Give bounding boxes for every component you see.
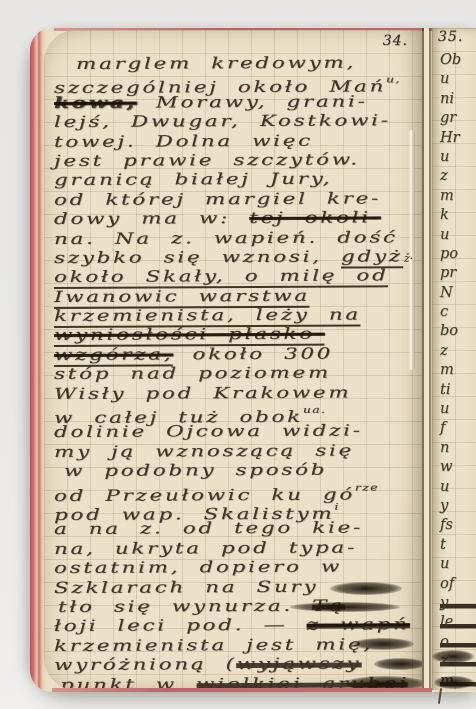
page-crease — [408, 130, 415, 370]
handwritten-text: Wisły pod Krakowem — [54, 383, 352, 404]
handwritten-fragment: Hr — [440, 130, 476, 149]
handwritten-line: w całej tuż obokua. — [54, 403, 422, 422]
binding-gutter — [422, 28, 432, 692]
ink-blot — [352, 638, 414, 650]
handwritten-text: u, — [386, 76, 401, 87]
handwritten-line: łoji leci pod. — z wapń — [54, 616, 422, 635]
handwritten-text: towej. Dolna więc — [54, 131, 313, 151]
handwritten-fragment: Ob — [440, 52, 476, 71]
handwritten-text: i — [334, 503, 339, 514]
handwritten-text: dolinie Ojcowa widzi- — [54, 422, 363, 443]
handwritten-text: z wapń — [307, 616, 410, 636]
handwritten-line: kowa, Morawy, grani- — [54, 93, 422, 112]
ink-blot — [290, 602, 400, 612]
ink-blot — [330, 582, 402, 595]
bottom-page-edge — [52, 688, 432, 692]
handwritten-line: towej. Dolna więc — [54, 132, 422, 151]
handwritten-fragment: k — [440, 207, 476, 226]
handwritten-fragment: ni — [440, 91, 476, 110]
handwritten-line: granicą białej Jury, — [54, 170, 422, 189]
handwritten-line: jest prawie szczytów. — [54, 151, 422, 170]
handwritten-text: wyróżnioną ( — [54, 655, 237, 675]
handwritten-text: ua. — [303, 406, 327, 417]
handwritten-fragment: le — [440, 614, 476, 633]
handwritten-text: granicą białej Jury, — [54, 170, 332, 190]
page-34: 34. marglem kredowym,szczególniej około … — [44, 30, 422, 690]
handwritten-line: wyniosłości płasko- — [54, 325, 422, 344]
handwritten-text: dowy ma w: — [54, 209, 249, 229]
handwritten-text: gdyż — [341, 247, 403, 268]
handwritten-text: w podobny sposób — [64, 461, 327, 481]
margin-note: ž· — [404, 252, 413, 265]
handwritten-text: stóp nad poziomem — [54, 364, 331, 384]
handwritten-fragment: u — [440, 149, 476, 168]
handwritten-text: od której margiel kre- — [54, 189, 381, 210]
handwritten-line: wyróżnioną (wyjąwszy — [54, 655, 422, 674]
handwritten-fragment: u — [440, 556, 476, 575]
handwritten-fragment: m — [440, 188, 476, 207]
handwritten-fragment: of — [440, 576, 476, 595]
handwritten-fragment: w — [440, 459, 476, 478]
handwritten-fragment: u — [440, 71, 476, 90]
photo-backdrop: 34. marglem kredowym,szczególniej około … — [0, 0, 476, 709]
handwritten-text: szybko się wznosi, — [54, 247, 341, 267]
handwritten-fragment: u — [440, 479, 476, 498]
handwritten-fragment: po — [440, 246, 476, 265]
handwritten-line: na, ukryta pod typa- — [54, 539, 422, 558]
handwritten-line: lejś, Dwugar, Kostkowi- — [54, 112, 422, 131]
handwritten-fragment: u — [440, 227, 476, 246]
handwritten-text: tło się wynurza. — [58, 597, 312, 617]
handwritten-text: Morawy, grani- — [137, 92, 368, 112]
page-number-35: 35. — [438, 29, 463, 45]
handwritten-line: dolinie Ojcowa widzi- — [54, 422, 422, 441]
handwritten-text: tej okoli- — [249, 208, 381, 228]
handwritten-line: szczególniej około Mańu, — [54, 73, 422, 92]
handwritten-text: na, ukryta pod typa- — [54, 538, 357, 559]
handwritten-fragment: N — [440, 285, 476, 304]
handwritten-fragment: n — [440, 440, 476, 459]
handwritten-line: my ją wznoszącą się — [54, 442, 422, 461]
handwritten-line: a na z. od tego kie- — [54, 519, 422, 538]
handwritten-text: rze — [355, 483, 379, 494]
handwritten-text: lejś, Dwugar, Kostkowi- — [54, 111, 391, 132]
handwritten-line: szybko się wznosi, gdyż — [54, 248, 422, 267]
pen-mark — [438, 688, 442, 704]
handwritten-line: Iwanowic warstwa — [54, 287, 422, 306]
handwritten-text: a na z. od tego kie- — [54, 519, 363, 540]
handwritten-text: Szklarach na Sury — [54, 577, 319, 597]
handwritten-line: stóp nad poziomem — [54, 364, 422, 383]
handwritten-line: od Przeułowic ku górze — [54, 481, 422, 500]
page-number-34: 34. — [383, 33, 408, 49]
handwritten-fragment: bo — [440, 323, 476, 342]
handwriting-fragments: ObunigrHruzmkupoprNcbozmtiufnwuyfstuofyl… — [440, 52, 476, 690]
handwritten-line: w podobny sposób — [64, 461, 422, 480]
handwritten-text: my ją wznoszącą się — [54, 441, 354, 462]
ink-blot — [374, 658, 422, 670]
handwritten-line: dowy ma w: tej okoli- — [54, 209, 422, 228]
handwritten-line: około Skały, o milę od — [54, 267, 422, 286]
handwritten-line: krzemienista, leży na — [54, 306, 422, 325]
handwritten-text: łoji leci pod. — — [54, 616, 307, 636]
handwritten-fragment: t — [440, 537, 476, 556]
handwritten-fragment: gr — [440, 110, 476, 129]
handwritten-text: wyjąwszy — [237, 655, 362, 675]
handwritten-fragment: u — [440, 401, 476, 420]
handwritten-line: ostatnim, dopiero w — [54, 558, 422, 577]
handwritten-fragment: z — [440, 343, 476, 362]
handwritten-text: na. Na z. wapień. dość — [54, 228, 398, 249]
page-35: 35. ObunigrHruzmkupoprNcbozmtiufnwuyfstu… — [432, 28, 476, 690]
handwritten-fragment: z — [440, 168, 476, 187]
notebook: 34. marglem kredowym,szczególniej około … — [30, 28, 476, 692]
handwritten-fragment: fs — [440, 517, 476, 536]
handwritten-line: od której margiel kre- — [54, 190, 422, 209]
handwritten-fragment: f — [440, 420, 476, 439]
handwritten-line: wzgórza, około 300 — [54, 345, 422, 364]
handwritten-fragment: pr — [440, 265, 476, 284]
ink-blot — [432, 650, 474, 663]
handwritten-text: około 300 — [173, 344, 333, 364]
handwritten-line: Wisły pod Krakowem — [54, 384, 422, 403]
handwritten-text: krzemienista jest mię, — [54, 635, 373, 656]
handwritten-fragment: m — [440, 362, 476, 381]
handwritten-text: ostatnim, dopiero w — [54, 558, 342, 578]
handwritten-line: na. Na z. wapień. dość — [54, 229, 422, 248]
handwritten-fragment: y — [440, 595, 476, 614]
handwritten-text: około Skały, o milę od — [54, 267, 389, 290]
handwritten-text: jest prawie szczytów. — [54, 150, 360, 171]
handwritten-fragment: c — [440, 304, 476, 323]
handwritten-fragment: y — [440, 498, 476, 517]
handwritten-fragment: ti — [440, 382, 476, 401]
handwritten-text: kowa, — [54, 92, 137, 112]
